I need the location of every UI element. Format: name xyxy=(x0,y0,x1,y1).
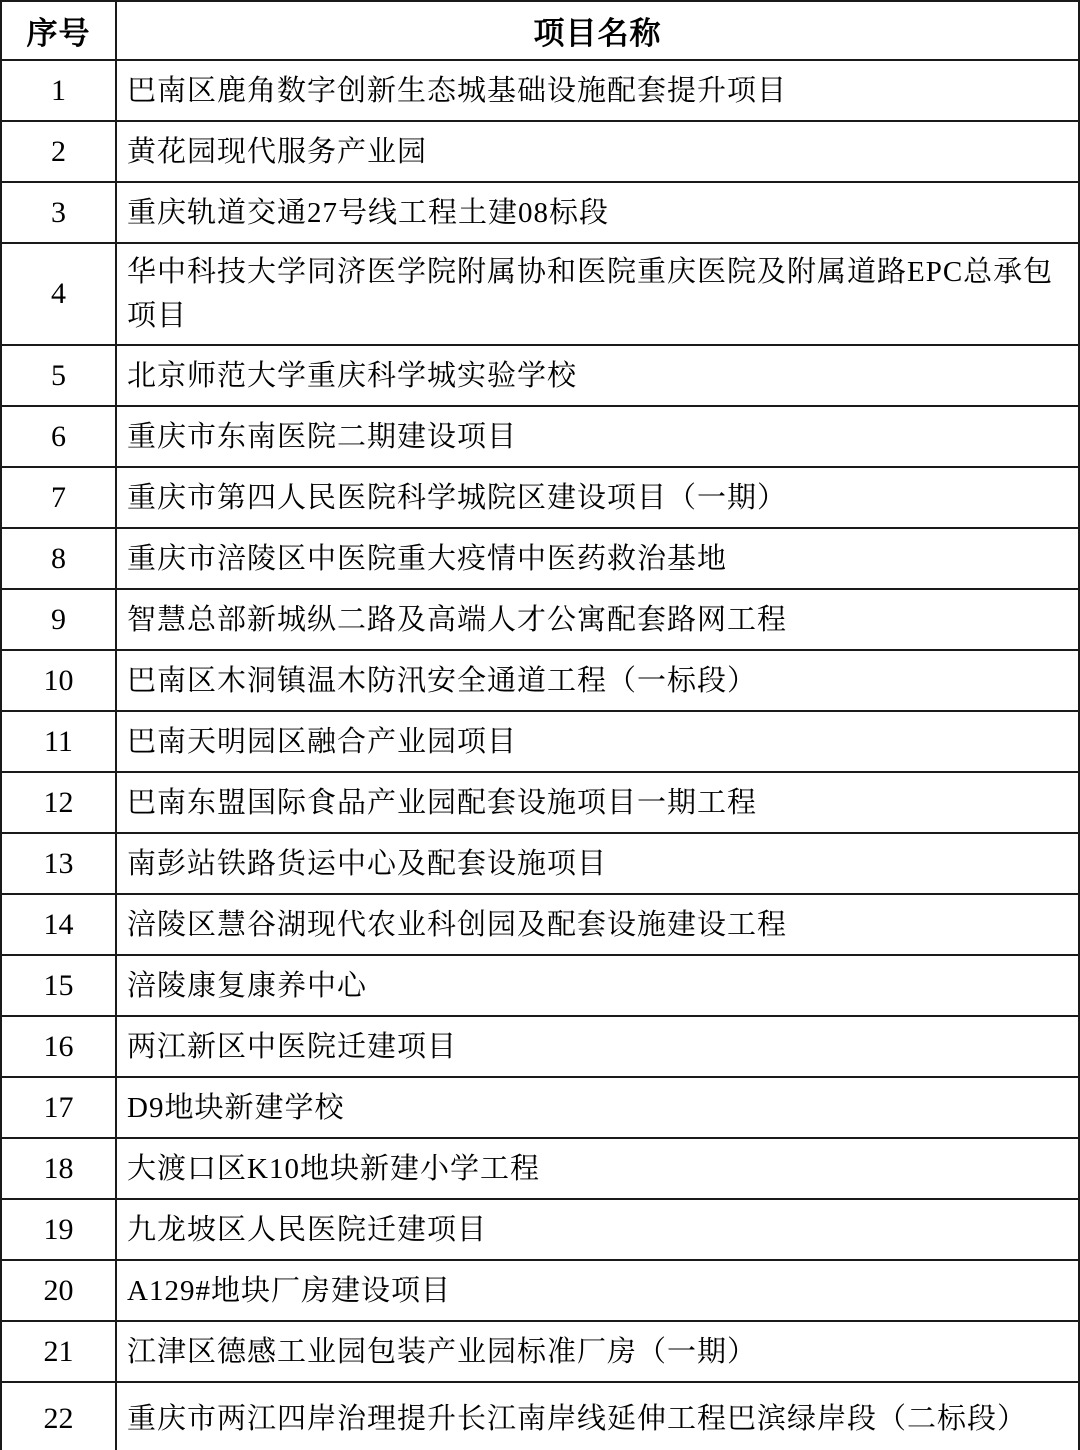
row-serial-number: 22 xyxy=(1,1382,116,1450)
table-row: 22重庆市两江四岸治理提升长江南岸线延伸工程巴滨绿岸段（二标段） xyxy=(1,1382,1079,1450)
header-project-name: 项目名称 xyxy=(116,1,1079,60)
row-project-name: 智慧总部新城纵二路及高端人才公寓配套路网工程 xyxy=(116,589,1079,650)
row-serial-number: 9 xyxy=(1,589,116,650)
row-serial-number: 14 xyxy=(1,894,116,955)
table-row: 4华中科技大学同济医学院附属协和医院重庆医院及附属道路EPC总承包项目 xyxy=(1,243,1079,345)
row-serial-number: 8 xyxy=(1,528,116,589)
table-row: 15涪陵康复康养中心 xyxy=(1,955,1079,1016)
table-row: 5北京师范大学重庆科学城实验学校 xyxy=(1,345,1079,406)
project-list-table: 序号 项目名称 1巴南区鹿角数字创新生态城基础设施配套提升项目2黄花园现代服务产… xyxy=(0,0,1080,1450)
table-row: 9智慧总部新城纵二路及高端人才公寓配套路网工程 xyxy=(1,589,1079,650)
row-project-name: 九龙坡区人民医院迁建项目 xyxy=(116,1199,1079,1260)
row-serial-number: 18 xyxy=(1,1138,116,1199)
row-serial-number: 2 xyxy=(1,121,116,182)
table-row: 21江津区德感工业园包装产业园标准厂房（一期） xyxy=(1,1321,1079,1382)
table-row: 20A129#地块厂房建设项目 xyxy=(1,1260,1079,1321)
row-project-name: 华中科技大学同济医学院附属协和医院重庆医院及附属道路EPC总承包项目 xyxy=(116,243,1079,345)
row-project-name: 涪陵区慧谷湖现代农业科创园及配套设施建设工程 xyxy=(116,894,1079,955)
table-row: 18大渡口区K10地块新建小学工程 xyxy=(1,1138,1079,1199)
row-serial-number: 1 xyxy=(1,60,116,121)
table-row: 3重庆轨道交通27号线工程土建08标段 xyxy=(1,182,1079,243)
table-row: 2黄花园现代服务产业园 xyxy=(1,121,1079,182)
row-project-name: 巴南东盟国际食品产业园配套设施项目一期工程 xyxy=(116,772,1079,833)
row-serial-number: 19 xyxy=(1,1199,116,1260)
row-serial-number: 16 xyxy=(1,1016,116,1077)
row-serial-number: 4 xyxy=(1,243,116,345)
row-project-name: A129#地块厂房建设项目 xyxy=(116,1260,1079,1321)
row-serial-number: 13 xyxy=(1,833,116,894)
table-header-row: 序号 项目名称 xyxy=(1,1,1079,60)
table-row: 16两江新区中医院迁建项目 xyxy=(1,1016,1079,1077)
row-serial-number: 11 xyxy=(1,711,116,772)
row-serial-number: 10 xyxy=(1,650,116,711)
row-project-name: 江津区德感工业园包装产业园标准厂房（一期） xyxy=(116,1321,1079,1382)
row-serial-number: 3 xyxy=(1,182,116,243)
row-project-name: 巴南区鹿角数字创新生态城基础设施配套提升项目 xyxy=(116,60,1079,121)
table-row: 13南彭站铁路货运中心及配套设施项目 xyxy=(1,833,1079,894)
project-table-body: 1巴南区鹿角数字创新生态城基础设施配套提升项目2黄花园现代服务产业园3重庆轨道交… xyxy=(1,60,1079,1450)
project-list: 序号 项目名称 1巴南区鹿角数字创新生态城基础设施配套提升项目2黄花园现代服务产… xyxy=(0,0,1080,1450)
row-project-name: 涪陵康复康养中心 xyxy=(116,955,1079,1016)
table-row: 19九龙坡区人民医院迁建项目 xyxy=(1,1199,1079,1260)
row-serial-number: 21 xyxy=(1,1321,116,1382)
row-project-name: 重庆市涪陵区中医院重大疫情中医药救治基地 xyxy=(116,528,1079,589)
row-serial-number: 6 xyxy=(1,406,116,467)
table-row: 10巴南区木洞镇温木防汛安全通道工程（一标段） xyxy=(1,650,1079,711)
table-row: 17D9地块新建学校 xyxy=(1,1077,1079,1138)
row-serial-number: 7 xyxy=(1,467,116,528)
row-serial-number: 5 xyxy=(1,345,116,406)
row-project-name: 巴南天明园区融合产业园项目 xyxy=(116,711,1079,772)
row-project-name: 重庆市第四人民医院科学城院区建设项目（一期） xyxy=(116,467,1079,528)
table-row: 12巴南东盟国际食品产业园配套设施项目一期工程 xyxy=(1,772,1079,833)
row-serial-number: 12 xyxy=(1,772,116,833)
table-row: 6重庆市东南医院二期建设项目 xyxy=(1,406,1079,467)
row-project-name: 重庆市东南医院二期建设项目 xyxy=(116,406,1079,467)
row-serial-number: 15 xyxy=(1,955,116,1016)
row-project-name: 黄花园现代服务产业园 xyxy=(116,121,1079,182)
table-row: 14涪陵区慧谷湖现代农业科创园及配套设施建设工程 xyxy=(1,894,1079,955)
row-project-name: 北京师范大学重庆科学城实验学校 xyxy=(116,345,1079,406)
row-serial-number: 17 xyxy=(1,1077,116,1138)
table-row: 8重庆市涪陵区中医院重大疫情中医药救治基地 xyxy=(1,528,1079,589)
row-project-name: 两江新区中医院迁建项目 xyxy=(116,1016,1079,1077)
table-row: 7重庆市第四人民医院科学城院区建设项目（一期） xyxy=(1,467,1079,528)
row-project-name: 重庆市两江四岸治理提升长江南岸线延伸工程巴滨绿岸段（二标段） xyxy=(116,1382,1079,1450)
table-row: 1巴南区鹿角数字创新生态城基础设施配套提升项目 xyxy=(1,60,1079,121)
row-project-name: 巴南区木洞镇温木防汛安全通道工程（一标段） xyxy=(116,650,1079,711)
header-serial-number: 序号 xyxy=(1,1,116,60)
row-project-name: 大渡口区K10地块新建小学工程 xyxy=(116,1138,1079,1199)
row-project-name: D9地块新建学校 xyxy=(116,1077,1079,1138)
row-project-name: 南彭站铁路货运中心及配套设施项目 xyxy=(116,833,1079,894)
table-row: 11巴南天明园区融合产业园项目 xyxy=(1,711,1079,772)
row-project-name: 重庆轨道交通27号线工程土建08标段 xyxy=(116,182,1079,243)
row-serial-number: 20 xyxy=(1,1260,116,1321)
